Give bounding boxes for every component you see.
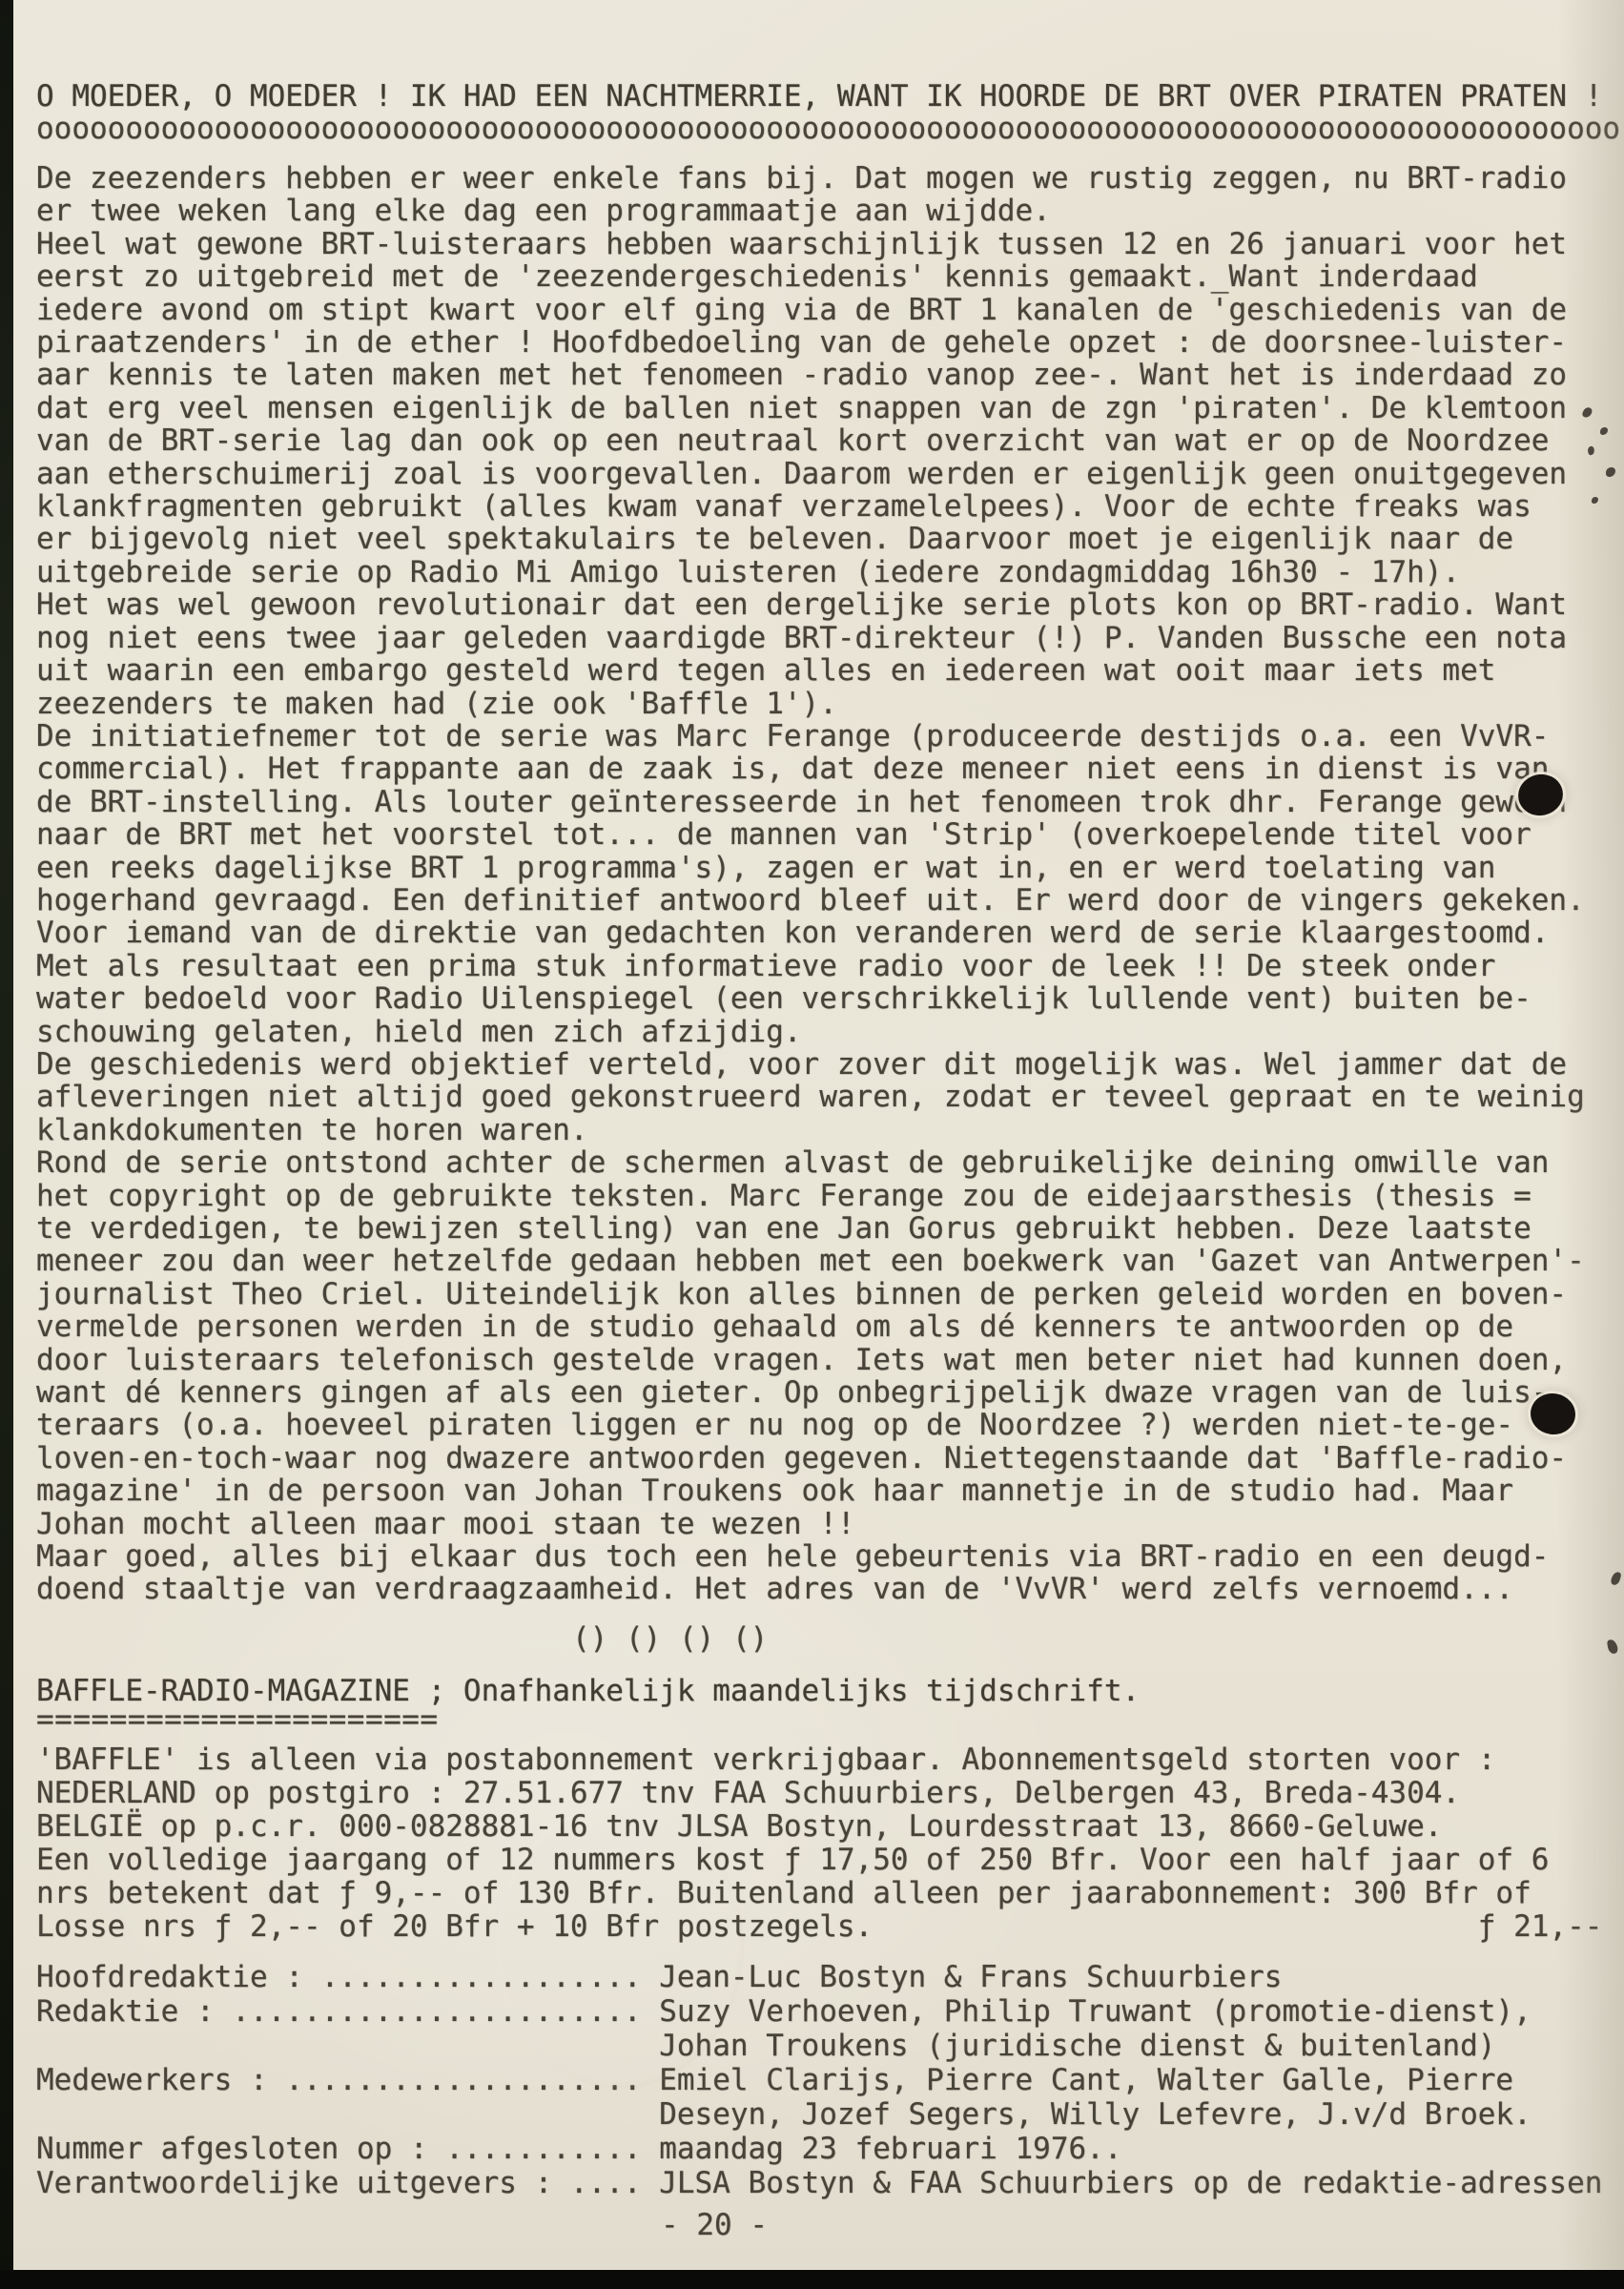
headline: O MOEDER, O MOEDER ! IK HAD EEN NACHTMER…: [36, 80, 1602, 113]
right-edge-shading: [1557, 0, 1624, 2289]
left-scan-edge: [0, 0, 13, 2289]
magazine-title-underline: ======================: [36, 1703, 439, 1736]
article-body: De zeezenders hebben er weer enkele fans…: [36, 162, 1585, 1606]
bottom-scan-edge: [0, 2270, 1624, 2289]
headline-underline: oooooooooooooooooooooooooooooooooooooooo…: [36, 113, 1620, 145]
colophon: Hoofdredaktie : .................. Jean-…: [36, 1960, 1602, 2200]
scanned-magazine-page: O MOEDER, O MOEDER ! IK HAD EEN NACHTMER…: [0, 0, 1624, 2289]
page-number: - 20 -: [661, 2209, 768, 2241]
section-divider: () () () (): [572, 1622, 768, 1655]
subscription-info: 'BAFFLE' is alleen via postabonnement ve…: [36, 1743, 1602, 1944]
